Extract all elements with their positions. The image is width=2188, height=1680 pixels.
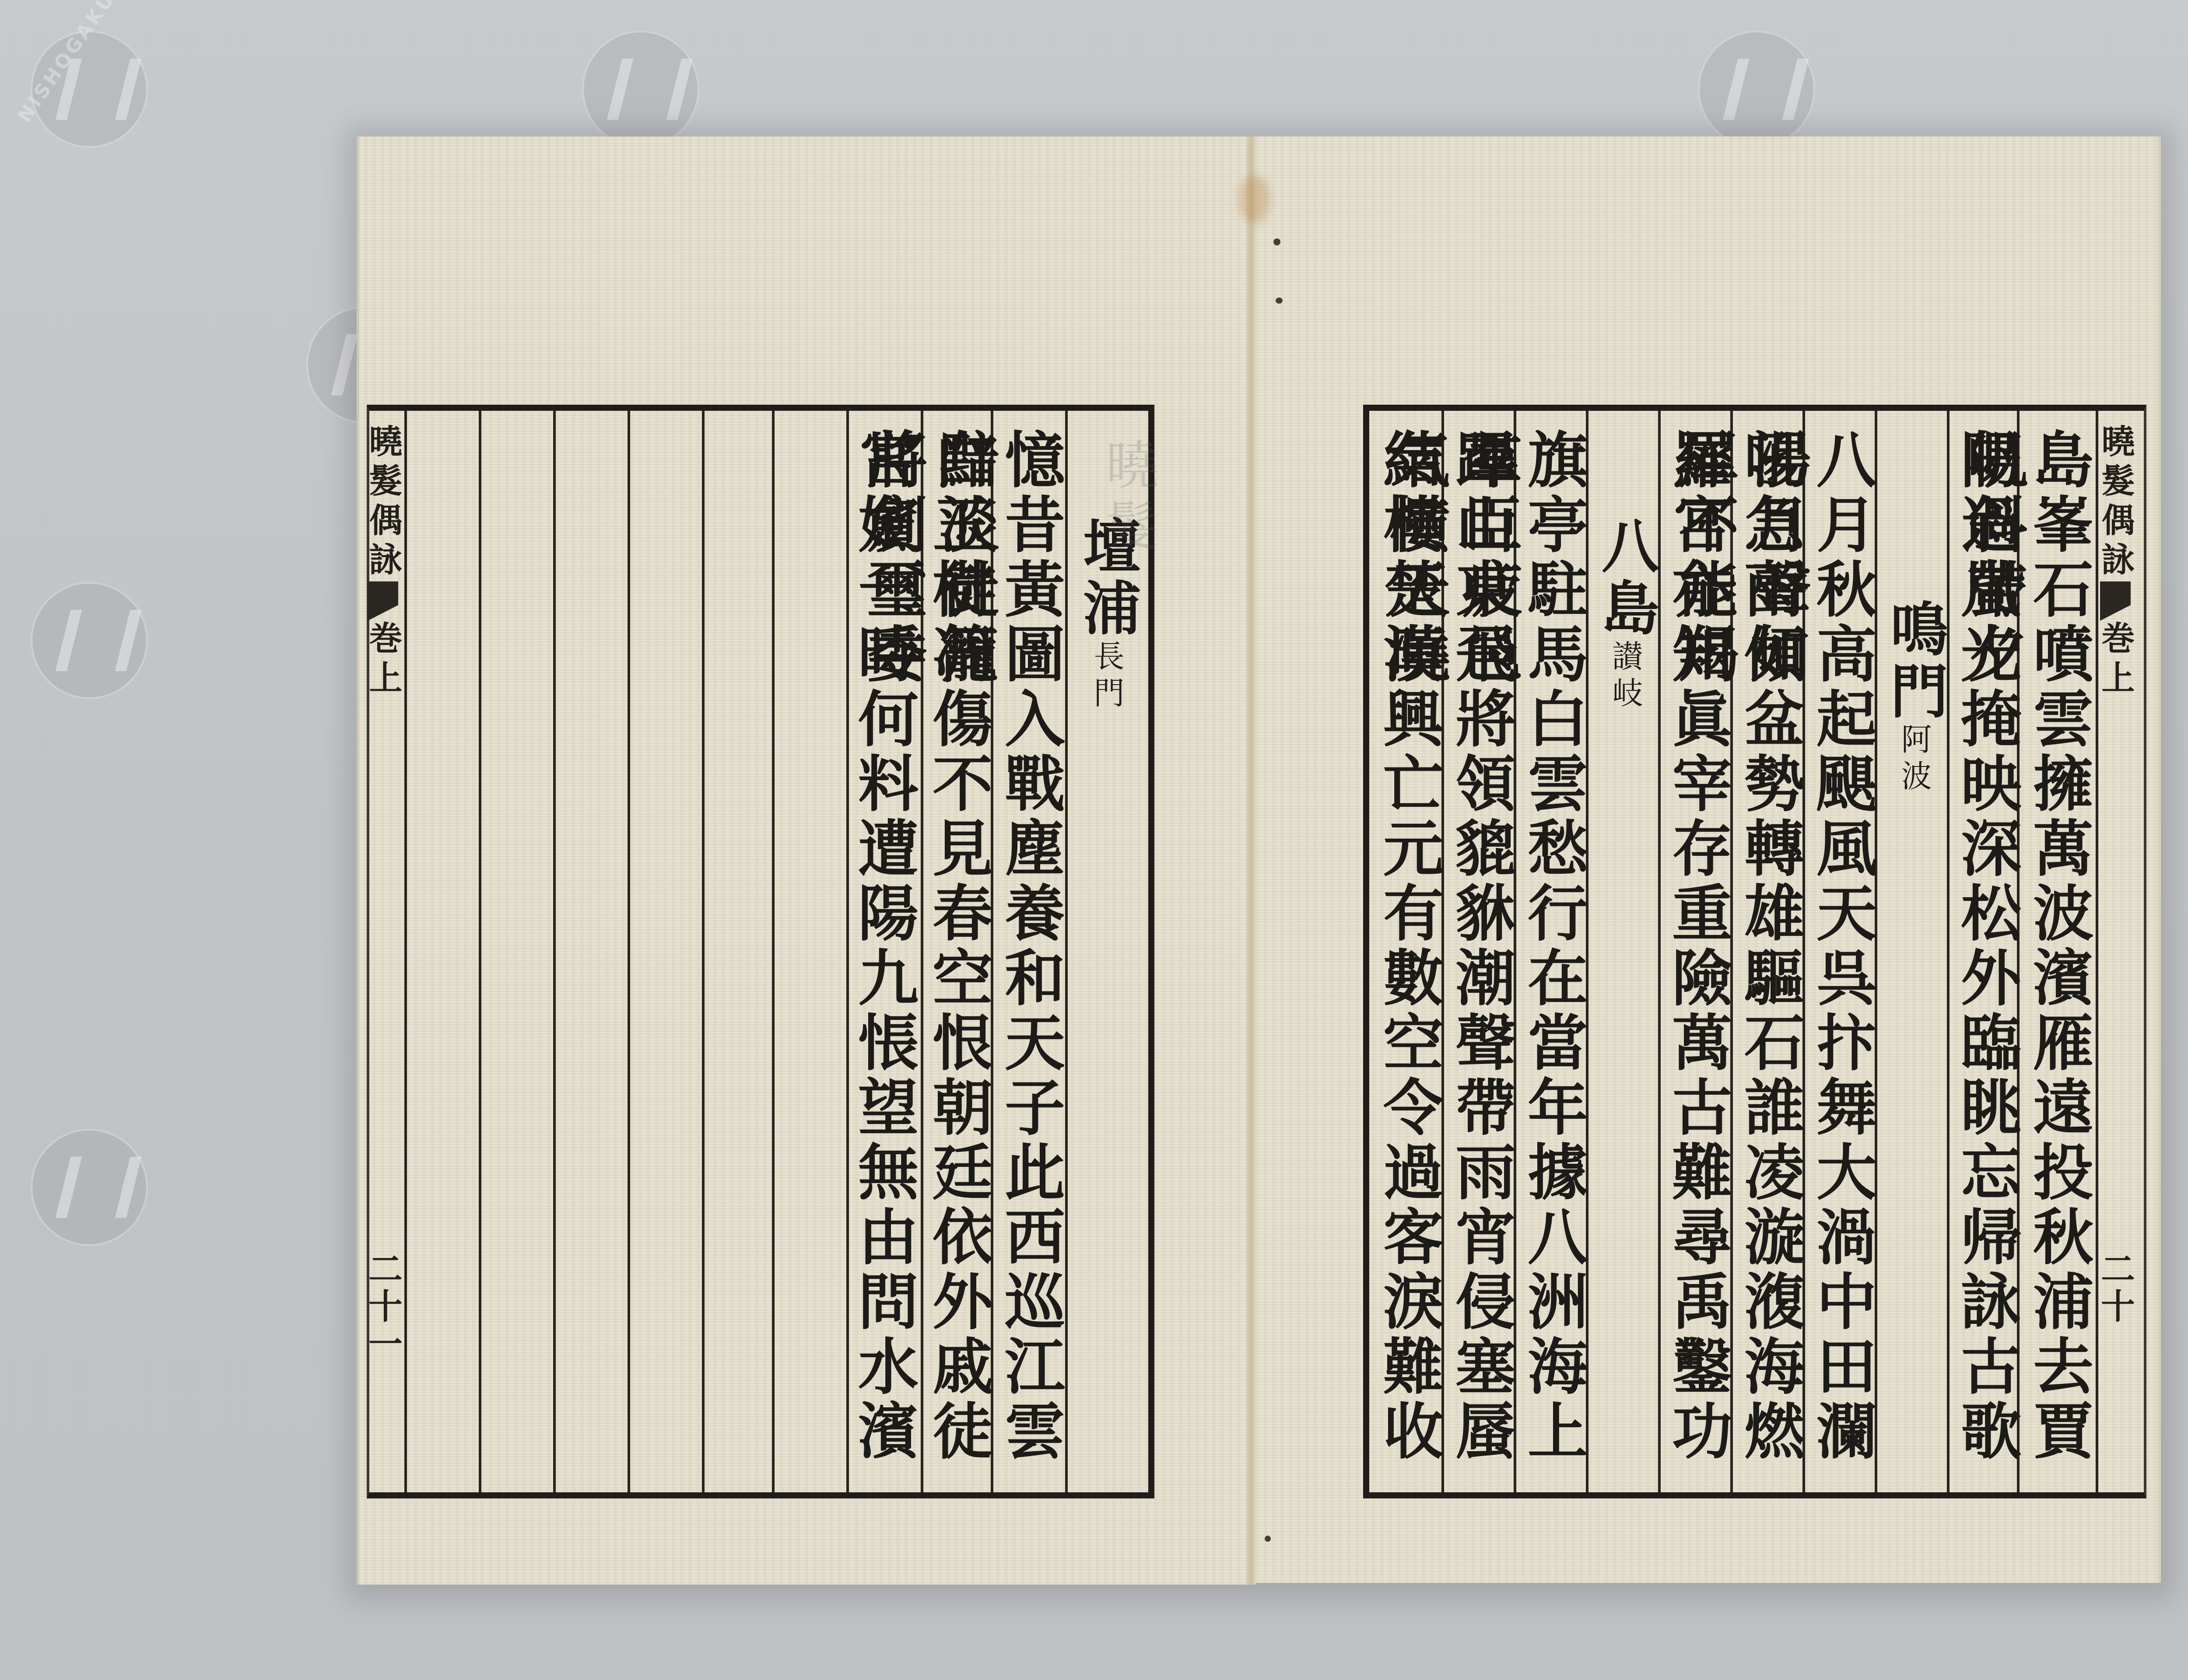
province-note: 讃岐 (1607, 640, 1643, 714)
right-hashira: 曉髮偶詠巻上 (2104, 424, 2139, 700)
province-note: 阿波 (1896, 723, 1932, 797)
hashira-title: 曉髮偶詠 (364, 424, 403, 581)
book-spine (1246, 136, 1256, 1585)
verse-column: 結樓楚漢興亡元有數空令過客淚難收 (1376, 428, 1441, 1464)
verse-column: 蹕山東飛將領貔貅潮聲帶雨宵侵塞蜃氣横天曉 (1448, 428, 1514, 1492)
column-rule (702, 411, 705, 1492)
column-rule (479, 411, 481, 1492)
verse-column: 吼急雨傾盆勢轉雄驅石誰凌漩澓海燃犀不能羯 (1737, 428, 1802, 1492)
left-page-number: 二十一 (372, 1251, 407, 1364)
right-page-number: 二十 (2104, 1251, 2139, 1326)
wormhole (1273, 238, 1280, 245)
fishtail-mark-icon (368, 581, 398, 621)
wormhole (1265, 1536, 1271, 1542)
left-hashira: 曉髮偶詠巻上 (372, 424, 407, 700)
bleed-through-text: 曉髮 (1090, 437, 1165, 560)
column-rule (628, 411, 630, 1492)
verse-column: 陽過嵐光掩映深松外臨眺忘帰詠古歌 (1953, 428, 2019, 1464)
verse-column: 白玉樹凋傷不見春空恨朝廷依外戚徒將劍璽委 (925, 428, 991, 1492)
province-note: 長門 (1089, 640, 1125, 714)
verse-column: 羅宮亦知眞宰存重險萬古難尋禹鑿功 (1665, 428, 1730, 1464)
verse-column: 島峯石噴雲擁萬波濱雁遠投秋浦去賈帆斜帶夕 (2026, 428, 2091, 1492)
verse-column: 宮嬪一時何料遭陽九悵望無由問水濱 (851, 428, 916, 1464)
poem-heading-naruto: 鳴門阿波 (1881, 599, 1947, 797)
column-rule (772, 411, 775, 1492)
fishtail-mark-icon (2100, 581, 2131, 621)
wormhole (1276, 297, 1283, 304)
verse-column: 八月秋高起颶風天呉抃舞大渦中田瀾湯月聲如 (1809, 428, 1875, 1492)
hashira-volume: 巻上 (2096, 621, 2135, 700)
hashira-title: 曉髮偶詠 (2096, 424, 2135, 581)
left-page-frame: 曉髮偶詠巻上 二十一 壇浦長門 憶昔黃圖入戰塵養和天子此西巡江雲黯淡徒籠 白玉樹… (367, 405, 1154, 1498)
verse-column: 旗亭駐馬白雲愁行在當年據八洲海上羣臣疲邑 (1520, 428, 1586, 1492)
poem-heading-yashima: 八島讃岐 (1592, 516, 1658, 714)
verse-column: 憶昔黃圖入戰塵養和天子此西巡江雲黯淡徒籠 (997, 428, 1063, 1492)
column-rule (553, 411, 556, 1492)
nishogakusha-logo-icon (31, 1129, 148, 1246)
hashira-volume: 巻上 (364, 621, 403, 700)
water-stain (1239, 175, 1270, 223)
nishogakusha-logo-icon (31, 582, 148, 699)
right-page-frame: 曉髮偶詠巻上 二十 島峯石噴雲擁萬波濱雁遠投秋浦去賈帆斜帶夕 陽過嵐光掩映深松外… (1363, 405, 2146, 1498)
column-rule (1947, 411, 1950, 1492)
